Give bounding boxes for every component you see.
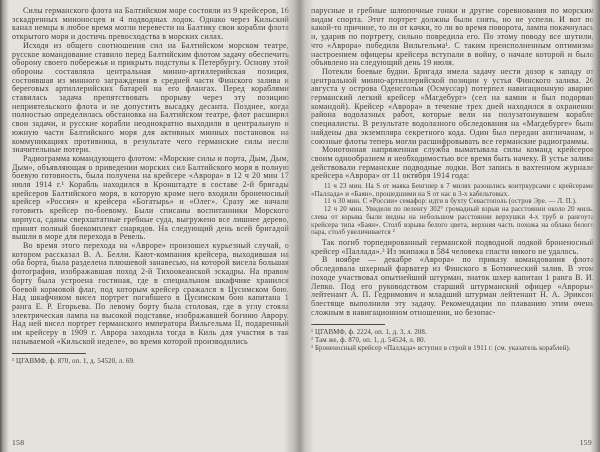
footnote-rule — [12, 353, 86, 354]
logbook-entry: 12 ч 20 мин. Увидели по пеленгу 302° гро… — [311, 206, 594, 237]
logbook-entry: 11 ч 30 мин. С «России» семафор: идти в … — [311, 198, 594, 206]
body-paragraph: Монотонная напряженная служба выматывала… — [311, 146, 594, 181]
footnote-rule — [311, 324, 385, 325]
body-paragraph: Исходя из общего соотношения сил на Балт… — [12, 42, 289, 155]
book-spread: Силы германского флота на Балтийском мор… — [0, 0, 600, 452]
body-paragraph: В ноябре — декабре «Аврора» по приказу к… — [311, 256, 594, 317]
footnote: ² Там же, ф. 870, оп. 1, д. 54524, л. 80… — [311, 337, 594, 345]
body-paragraph: Так погиб торпедированный германской под… — [311, 239, 594, 256]
body-paragraph: Силы германского флота на Балтийском мор… — [12, 7, 289, 42]
body-paragraph: Потекли боевые будни. Бригада имела зада… — [311, 68, 594, 146]
page-number: 159 — [580, 438, 592, 447]
scan-edge-left — [0, 0, 9, 452]
page-number: 158 — [12, 438, 24, 447]
body-paragraph: Радиограмма командующего флотом: «Морски… — [12, 155, 289, 242]
page-right: парусные и гребные шлюпочные гонки и дру… — [311, 7, 594, 447]
page-left: Силы германского флота на Балтийском мор… — [12, 7, 289, 447]
body-paragraph: Во время этого перехода на «Авроре» прои… — [12, 242, 289, 346]
logbook-quote: 11 ч 23 мин. На S от маяка Бенгшер в 7 м… — [311, 183, 594, 237]
footnote: ³ Броненосный крейсер «Паллада» вступил … — [311, 345, 594, 353]
logbook-entry: 11 ч 23 мин. На S от маяка Бенгшер в 7 м… — [311, 183, 594, 198]
footnote: ¹ ЦГАВМФ, ф. 2224, оп. 1, д. 3, л. 208. — [311, 329, 594, 337]
body-paragraph: парусные и гребные шлюпочные гонки и дру… — [311, 7, 594, 68]
footnote: ¹ ЦГАВМФ, ф. 870, оп. 1, д. 54520, л. 69… — [12, 358, 289, 366]
